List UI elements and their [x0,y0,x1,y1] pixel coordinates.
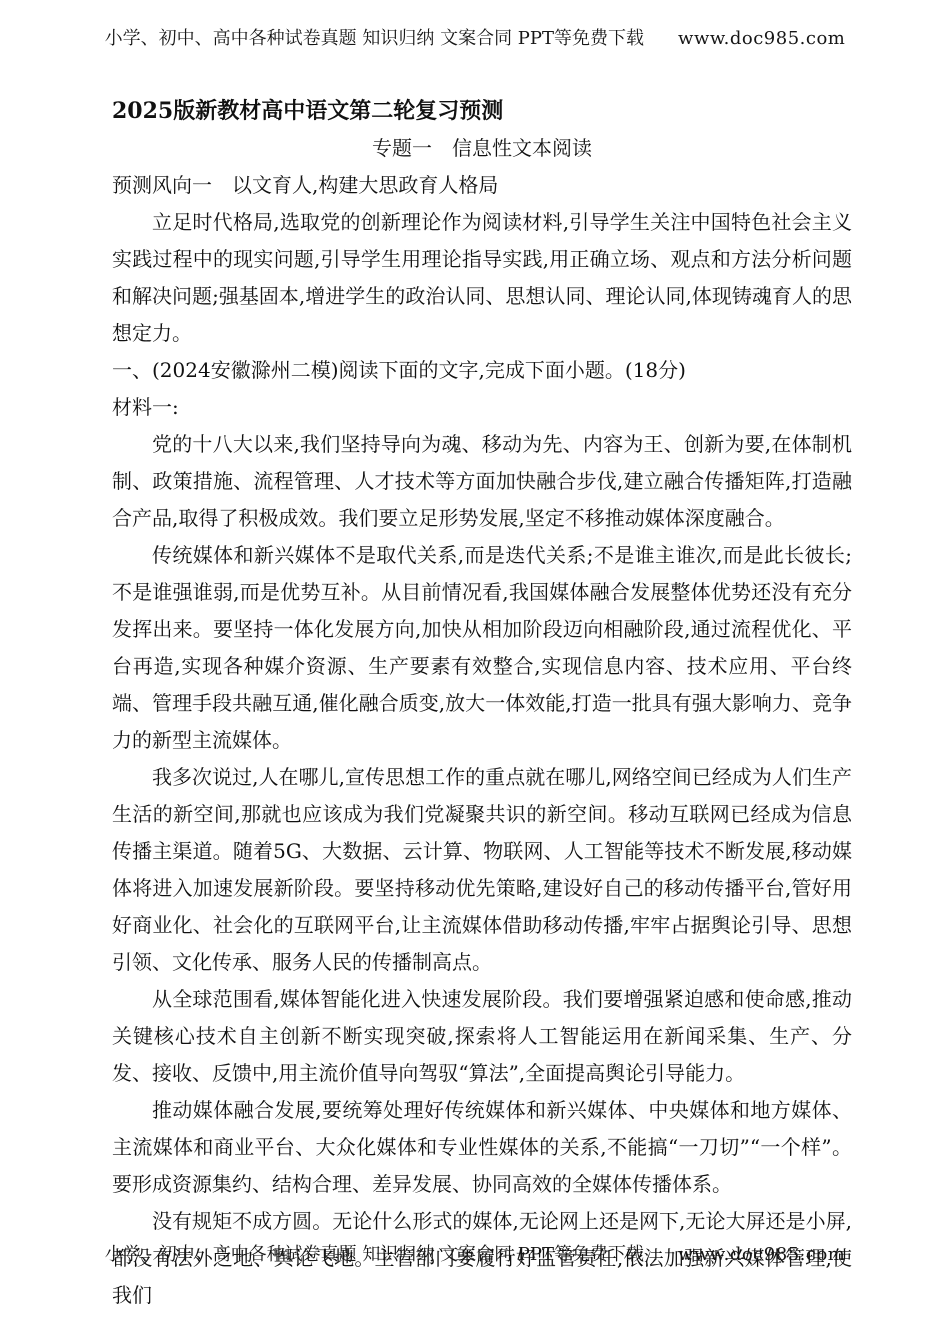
question-heading: 一、(2024安徽滁州二模)阅读下面的文字,完成下面小题。(18分) [112,352,852,389]
body-paragraph-4: 从全球范围看,媒体智能化进入快速发展阶段。我们要增强紧迫感和使命感,推动关键核心… [112,981,852,1092]
body-paragraph-5: 推动媒体融合发展,要统筹处理好传统媒体和新兴媒体、中央媒体和地方媒体、主流媒体和… [112,1092,852,1203]
topic-heading: 专题一 信息性文本阅读 [112,130,852,167]
header-watermark-text: 小学、初中、高中各种试卷真题 知识归纳 文案合同 PPT等免费下载 [105,28,644,49]
doc-title: 2025版新教材高中语文第二轮复习预测 [112,93,852,130]
body-paragraph-3: 我多次说过,人在哪儿,宣传思想工作的重点就在哪儿,网络空间已经成为人们生产生活的… [112,759,852,981]
section-heading: 预测风向一 以文育人,构建大思政育人格局 [112,167,852,204]
document-page: 小学、初中、高中各种试卷真题 知识归纳 文案合同 PPT等免费下载www.doc… [0,0,950,1344]
material-label: 材料一: [112,389,852,426]
header-site-url: www.doc985.com [678,28,845,49]
footer-site-url: www.doc985.com [678,1244,845,1265]
intro-paragraph: 立足时代格局,选取党的创新理论作为阅读材料,引导学生关注中国特色社会主义实践过程… [112,204,852,352]
document-content: 2025版新教材高中语文第二轮复习预测 专题一 信息性文本阅读 预测风向一 以文… [112,93,852,1314]
footer-watermark-text: 小学、初中、高中各种试卷真题 知识归纳 文案合同 PPT等免费下载 [105,1244,644,1265]
page-footer: 小学、初中、高中各种试卷真题 知识归纳 文案合同 PPT等免费下载www.doc… [0,1244,950,1266]
page-header: 小学、初中、高中各种试卷真题 知识归纳 文案合同 PPT等免费下载www.doc… [0,28,950,50]
body-paragraph-2: 传统媒体和新兴媒体不是取代关系,而是迭代关系;不是谁主谁次,而是此长彼长;不是谁… [112,537,852,759]
body-paragraph-1: 党的十八大以来,我们坚持导向为魂、移动为先、内容为王、创新为要,在体制机制、政策… [112,426,852,537]
